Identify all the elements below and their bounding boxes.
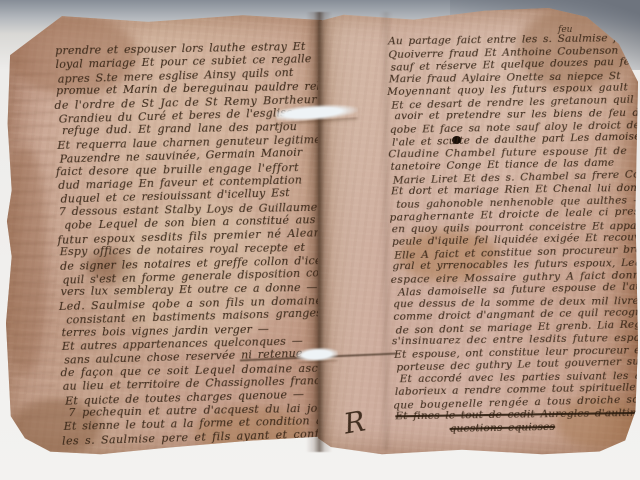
manuscript-photo: prendre et espouser lors lauthe estray E… bbox=[0, 0, 640, 480]
bleed-through-text bbox=[12, 61, 56, 391]
right-page: feu Au partage faict entre les s. Saulmi… bbox=[318, 8, 638, 456]
left-page: prendre et espouser lors lauthe estray E… bbox=[6, 13, 322, 456]
stain bbox=[4, 148, 46, 373]
handwriting-line: questions equisses bbox=[449, 419, 640, 435]
right-page-text: Au partage faict entre les s. Saulmise f… bbox=[388, 31, 640, 436]
notary-paraph: R bbox=[341, 404, 368, 440]
left-page-text: prendre et espouser lors lauthe estray E… bbox=[55, 39, 326, 447]
